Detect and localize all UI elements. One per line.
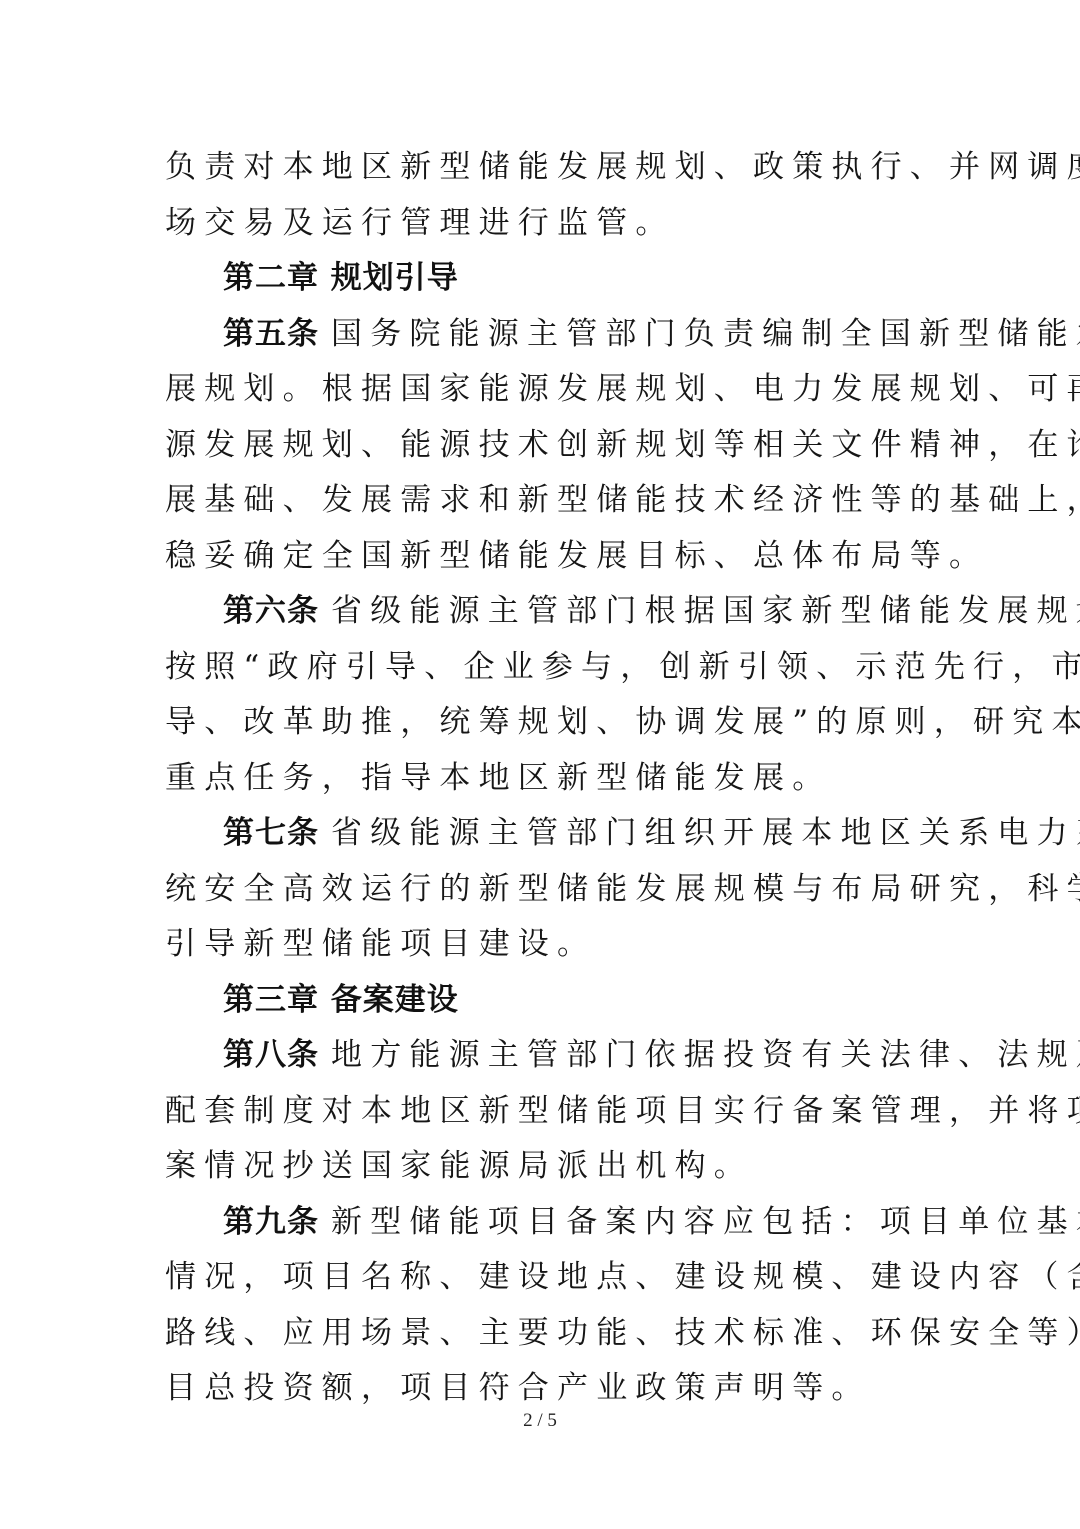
text-line: 源发展规划、能源技术创新规划等相关文件精神，在论证发 xyxy=(165,418,917,474)
article-7: 第七条省级能源主管部门组织开展本地区关系电力系 统安全高效运行的新型储能发展规模… xyxy=(165,806,917,973)
article-label: 第六条 xyxy=(223,593,319,629)
text-line: 案情况抄送国家能源局派出机构。 xyxy=(165,1139,917,1195)
document-page: 负责对本地区新型储能发展规划、政策执行、并网调度、市 场交易及运行管理进行监管。… xyxy=(0,0,1080,1529)
chapter-heading-3: 第三章 备案建设 xyxy=(165,973,917,1029)
text-line: 目总投资额，项目符合产业政策声明等。 xyxy=(165,1361,917,1417)
text-line: 负责对本地区新型储能发展规划、政策执行、并网调度、市 xyxy=(165,140,917,196)
document-body: 负责对本地区新型储能发展规划、政策执行、并网调度、市 场交易及运行管理进行监管。… xyxy=(165,140,917,1417)
text-line: 展基础、发展需求和新型储能技术经济性等的基础上，积极 xyxy=(165,473,917,529)
paragraph-continuation: 负责对本地区新型储能发展规划、政策执行、并网调度、市 场交易及运行管理进行监管。 xyxy=(165,140,917,251)
article-8: 第八条地方能源主管部门依据投资有关法律、法规及 配套制度对本地区新型储能项目实行… xyxy=(165,1028,917,1195)
text-line: 重点任务，指导本地区新型储能发展。 xyxy=(165,751,917,807)
text-line: 按照“政府引导、企业参与，创新引领、示范先行，市场主 xyxy=(165,640,917,696)
text-line: 省级能源主管部门组织开展本地区关系电力系 xyxy=(331,815,1080,851)
page-number: 2 / 5 xyxy=(0,1410,1080,1432)
article-label: 第五条 xyxy=(223,316,319,352)
article-label: 第八条 xyxy=(223,1037,319,1073)
text-line: 导、改革助推，统筹规划、协调发展”的原则，研究本地区 xyxy=(165,695,917,751)
article-9: 第九条新型储能项目备案内容应包括：项目单位基本 情况，项目名称、建设地点、建设规… xyxy=(165,1195,917,1417)
chapter-heading-2: 第二章 规划引导 xyxy=(165,251,917,307)
text-line: 情况，项目名称、建设地点、建设规模、建设内容（含技术 xyxy=(165,1250,917,1306)
article-label: 第九条 xyxy=(223,1204,319,1240)
article-5: 第五条国务院能源主管部门负责编制全国新型储能发 展规划。根据国家能源发展规划、电… xyxy=(165,307,917,585)
text-line: 地方能源主管部门依据投资有关法律、法规及 xyxy=(331,1037,1080,1073)
text-line: 引导新型储能项目建设。 xyxy=(165,917,917,973)
text-line: 配套制度对本地区新型储能项目实行备案管理，并将项目备 xyxy=(165,1084,917,1140)
text-line: 统安全高效运行的新型储能发展规模与布局研究，科学合理 xyxy=(165,862,917,918)
text-line: 场交易及运行管理进行监管。 xyxy=(165,196,917,252)
text-line: 路线、应用场景、主要功能、技术标准、环保安全等）、项 xyxy=(165,1306,917,1362)
text-line: 稳妥确定全国新型储能发展目标、总体布局等。 xyxy=(165,529,917,585)
text-line: 省级能源主管部门根据国家新型储能发展规划， xyxy=(331,593,1080,629)
text-line: 新型储能项目备案内容应包括：项目单位基本 xyxy=(331,1204,1080,1240)
article-6: 第六条省级能源主管部门根据国家新型储能发展规划， 按照“政府引导、企业参与，创新… xyxy=(165,584,917,806)
text-line: 展规划。根据国家能源发展规划、电力发展规划、可再生能 xyxy=(165,362,917,418)
text-line: 国务院能源主管部门负责编制全国新型储能发 xyxy=(331,316,1080,352)
article-label: 第七条 xyxy=(223,815,319,851)
